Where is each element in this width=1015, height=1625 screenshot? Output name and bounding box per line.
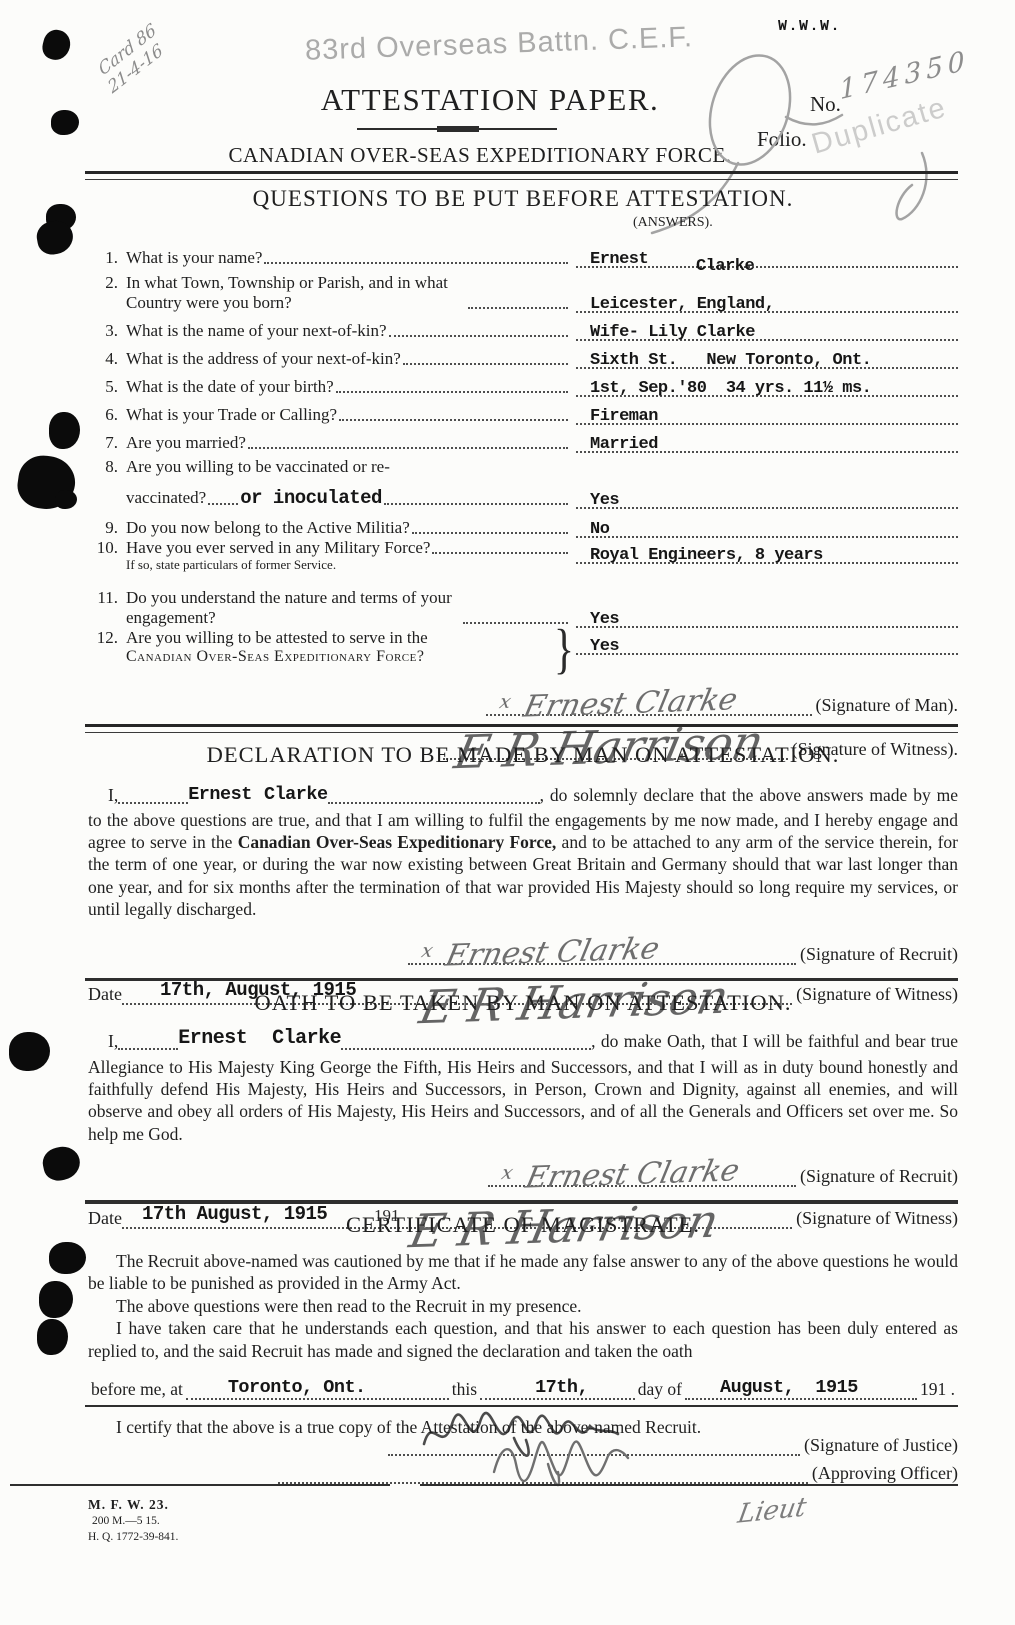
printed-year-suffix: 191 .: [917, 1379, 958, 1400]
dotted-leader: [339, 419, 568, 421]
approving-signature-scribble: [488, 1428, 698, 1498]
declaration-heading: DECLARATION TO BE MADE BY MAN ON ATTESTA…: [88, 742, 958, 768]
question-row-8: 8. Are you willing to be vaccinated or r…: [88, 453, 958, 509]
title-divider: [357, 128, 557, 130]
question-text: Are you married?: [126, 433, 246, 453]
declaration-body-bold: Canadian Over-Seas Expeditionary Force,: [238, 832, 557, 852]
question-row-12: 12. Are you willing to be attested to se…: [88, 628, 958, 676]
question-row-1: 1. What is your name? Ernest Clarke: [88, 241, 958, 268]
answer-line: Yes: [576, 630, 958, 655]
question-text: In what Town, Township or Parish, and in…: [126, 273, 466, 313]
ink-blob: [37, 1319, 68, 1355]
answer-line: Wife- Lily Clarke: [576, 316, 958, 341]
question-number: 11.: [88, 588, 118, 608]
magistrate-para3: I have taken care that he understands ea…: [88, 1317, 958, 1362]
answers-label: (ANSWERS).: [633, 215, 958, 231]
question-text: What is your Trade or Calling?: [126, 405, 337, 425]
magistrate-para1: The Recruit above-named was cautioned by…: [88, 1250, 958, 1295]
header-rule: [85, 171, 958, 180]
answer-value: Yes: [590, 637, 619, 656]
answer-line: Yes: [576, 603, 958, 628]
oath-name-typed: Ernest Clarke: [178, 1027, 341, 1050]
answer-value-overflow: Clarke: [696, 257, 754, 276]
dotted-leader: [463, 622, 568, 624]
section-rule: [85, 978, 958, 981]
signature-line: x Ernest Clarke: [488, 1151, 796, 1187]
recruit-signature-label: (Signature of Recruit): [800, 944, 958, 965]
man-signature-row: x Ernest Clarke (Signature of Man).: [486, 678, 958, 716]
answer-value: Fireman: [590, 407, 658, 426]
print-run-code: 200 M.—5 15.: [92, 1514, 178, 1530]
signature-line: x Ernest Clarke: [408, 929, 796, 965]
dotted-leader: [208, 503, 238, 505]
dotted-leader: [248, 447, 568, 449]
month-line: August, 1915: [685, 1372, 917, 1400]
answer-value: Yes: [590, 491, 619, 510]
question-number: 6.: [88, 405, 118, 425]
question-number: 10.: [88, 538, 118, 558]
dotted-leader: [389, 335, 568, 337]
approving-sig-row: (Approving Officer): [278, 1454, 958, 1484]
ink-blob: [55, 490, 77, 509]
question-row-2: 2. In what Town, Township or Parish, and…: [88, 268, 958, 313]
answer-line: No: [576, 513, 958, 538]
dotted-leader: [336, 391, 568, 393]
place-line: Toronto, Ont.: [186, 1372, 449, 1400]
magistrate-para2: The above questions were then read to th…: [88, 1295, 958, 1317]
approving-officer-label: (Approving Officer): [812, 1463, 958, 1484]
oath-intro: I,: [108, 1031, 118, 1051]
brace-glyph: }: [554, 619, 574, 681]
signature-line: [278, 1454, 808, 1484]
question-row-6: 6. What is your Trade or Calling? Firema…: [88, 397, 958, 425]
footer-rule-left: [10, 1484, 390, 1486]
question-typed-insert: or inoculated: [240, 487, 382, 509]
answer-line: 1st, Sep.'80 34 yrs. 11½ ms.: [576, 372, 958, 397]
answer-line: Royal Engineers, 8 years: [576, 539, 958, 564]
question-number: 9.: [88, 518, 118, 538]
question-text: Have you ever served in any Military For…: [126, 538, 430, 558]
dotted-leader: [468, 307, 568, 309]
answer-value: Leicester, England,: [590, 295, 774, 314]
question-number: 12.: [88, 628, 118, 648]
answer-value: Wife- Lily Clarke: [590, 323, 755, 342]
www-mark: W.W.W.: [778, 18, 841, 35]
section-rule: [85, 724, 958, 733]
declaration-section: DECLARATION TO BE MADE BY MAN ON ATTESTA…: [88, 742, 958, 1005]
answer-line: Fireman: [576, 400, 958, 425]
answer-line: Yes: [576, 484, 958, 509]
question-text-cont: vaccinated?: [126, 488, 206, 508]
section-rule: [85, 1200, 958, 1204]
questions-section: QUESTIONS TO BE PUT BEFORE ATTESTATION. …: [88, 186, 958, 760]
question-note: If so, state particulars of former Servi…: [126, 557, 570, 573]
rank-handwritten-note: Lieut: [735, 1492, 808, 1530]
recruit-signature: Ernest Clarke: [442, 931, 662, 973]
day-value-typed: 17th,: [535, 1377, 588, 1398]
answer-line: Ernest: [576, 243, 958, 268]
dotted-leader: [412, 532, 568, 534]
answer-value: 1st, Sep.'80 34 yrs. 11½ ms.: [590, 379, 871, 398]
question-row-7: 7. Are you married? Married: [88, 425, 958, 453]
question-text: What is the name of your next-of-kin?: [126, 321, 387, 341]
question-number: 1.: [88, 248, 118, 268]
question-text: Do you now belong to the Active Militia?: [126, 518, 410, 538]
dotted-leader: [384, 503, 568, 505]
question-row-4: 4. What is the address of your next-of-k…: [88, 341, 958, 369]
oath-section: OATH TO BE TAKEN BY MAN ON ATTESTATION. …: [88, 990, 958, 1229]
question-row-11: 11. Do you understand the nature and ter…: [88, 582, 958, 628]
question-text: Are you willing to be attested to serve …: [126, 628, 428, 648]
answer-value: Ernest: [590, 250, 648, 269]
question-text: Do you understand the nature and terms o…: [126, 588, 461, 628]
question-number: 2.: [88, 273, 118, 293]
ink-blob: [39, 1281, 73, 1318]
ink-blob: [9, 1032, 50, 1071]
section-rule: [85, 1405, 958, 1407]
question-text: What is your name?: [126, 248, 262, 268]
x-mark: x: [500, 1162, 516, 1184]
attestation-paper-page: Card 86 21-4-16 83rd Overseas Battn. C.E…: [0, 0, 1015, 1625]
declaration-intro: I,: [108, 785, 118, 805]
magistrate-fill-row: before me, at Toronto, Ont. this 17th, d…: [88, 1372, 958, 1400]
footer-rule-right: [420, 1484, 958, 1486]
answer-value: Sixth St. New Toronto, Ont.: [590, 351, 871, 370]
answer-line: Leicester, England,: [576, 288, 958, 313]
answer-value: Royal Engineers, 8 years: [590, 546, 823, 565]
this-label: this: [449, 1379, 480, 1400]
oath-paragraph: I,Ernest Clarke, do make Oath, that I wi…: [88, 1030, 958, 1145]
oath-heading: OATH TO BE TAKEN BY MAN ON ATTESTATION.: [88, 990, 958, 1016]
question-row-9: 9. Do you now belong to the Active Milit…: [88, 509, 958, 538]
oath-recruit-sig-row: x Ernest Clarke (Signature of Recruit): [488, 1151, 958, 1187]
questions-heading: QUESTIONS TO BE PUT BEFORE ATTESTATION.: [88, 186, 958, 212]
question-text: What is the date of your birth?: [126, 377, 334, 397]
question-text: Are you willing to be vaccinated or re-: [126, 457, 390, 477]
hq-code: H. Q. 1772-39-841.: [88, 1530, 178, 1546]
answer-line: Married: [576, 428, 958, 453]
x-mark: x: [420, 939, 436, 961]
answer-value: Yes: [590, 610, 619, 629]
day-of-label: day of: [635, 1379, 685, 1400]
answer-line: Sixth St. New Toronto, Ont.: [576, 344, 958, 369]
dotted-leader: [403, 363, 568, 365]
ink-blob: [49, 1242, 86, 1274]
certify-section: I certify that the above is a true copy …: [88, 1416, 958, 1484]
question-row-10: 10. Have you ever served in any Military…: [88, 538, 958, 582]
ink-blob: [40, 1144, 83, 1184]
ink-blob: [49, 412, 80, 449]
month-value-typed: August, 1915: [720, 1377, 858, 1398]
recruit-signature-label: (Signature of Recruit): [800, 1166, 958, 1187]
x-mark: x: [498, 691, 514, 713]
declaration-recruit-sig-row: x Ernest Clarke (Signature of Recruit): [408, 929, 958, 965]
before-me-label: before me, at: [88, 1379, 186, 1400]
question-number: 4.: [88, 349, 118, 369]
day-line: 17th,: [480, 1372, 635, 1400]
question-text: What is the address of your next-of-kin?: [126, 349, 401, 369]
question-number: 5.: [88, 377, 118, 397]
footer-codes: M. F. W. 23. 200 M.—5 15. H. Q. 1772-39-…: [88, 1496, 178, 1545]
signature-line: x Ernest Clarke: [486, 678, 812, 716]
question-text-cont: Canadian Over-Seas Expeditionary Force?: [126, 648, 560, 666]
recruit-signature: Ernest Clarke: [522, 1153, 742, 1195]
ink-blob: [40, 27, 73, 63]
dotted-leader: [432, 552, 568, 554]
question-number: 8.: [88, 457, 118, 477]
question-row-5: 5. What is the date of your birth? 1st, …: [88, 369, 958, 397]
declaration-paragraph: I,Ernest Clarke, do solemnly declare tha…: [88, 784, 958, 921]
answer-value: No: [590, 520, 609, 539]
question-row-3: 3. What is the name of your next-of-kin?…: [88, 313, 958, 341]
dotted-leader: [264, 262, 568, 264]
form-code: M. F. W. 23.: [88, 1496, 178, 1514]
magistrate-heading: CERTIFICATE OF MAGISTRATE.: [88, 1212, 958, 1238]
man-signature-label: (Signature of Man).: [816, 695, 958, 716]
place-value-typed: Toronto, Ont.: [228, 1377, 366, 1398]
declaration-name-typed: Ernest Clarke: [188, 784, 327, 805]
answer-value: Married: [590, 435, 658, 454]
question-number: 3.: [88, 321, 118, 341]
question-number: 7.: [88, 433, 118, 453]
